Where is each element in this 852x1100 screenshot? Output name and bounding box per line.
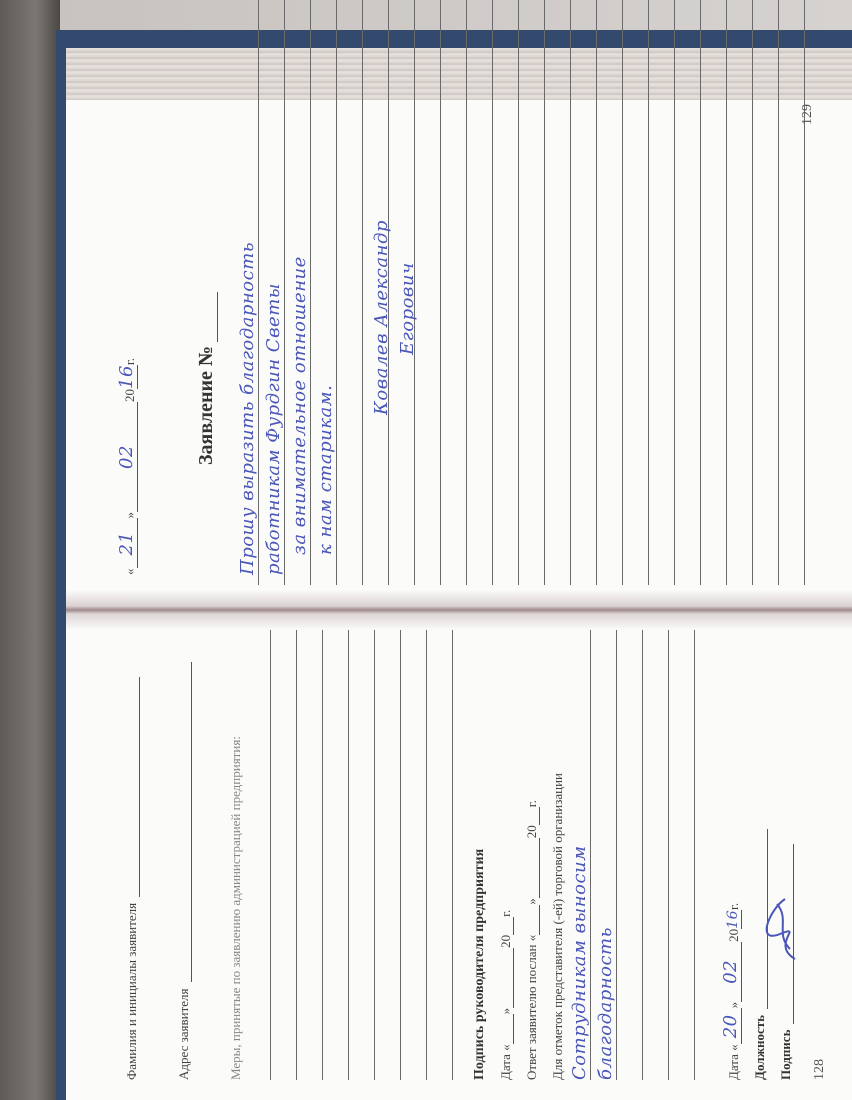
org-notes-line-1: Сотрудникам выносим — [570, 845, 590, 1080]
ruled-line — [270, 630, 271, 1080]
ruled-line — [374, 630, 375, 1080]
left-page: Фамилия и инициалы заявителя Адрес заяви… — [110, 630, 840, 1080]
page-number-left: 128 — [812, 1059, 828, 1080]
page-edges — [66, 48, 852, 103]
signature-label: Подпись — [778, 1030, 794, 1080]
ruled-line — [778, 0, 779, 585]
quote-open: « — [122, 569, 138, 576]
book-spine — [66, 590, 852, 630]
date-day: 20 — [720, 1008, 742, 1044]
ruled-line — [362, 0, 363, 585]
address-label: Адрес заявителя — [176, 988, 192, 1080]
date-year-unit: г. — [122, 358, 138, 365]
application-date: « 21 » 02 20 16 г. — [118, 358, 138, 575]
ruled-line — [674, 0, 675, 585]
body-line-3: за внимательное отношение — [290, 256, 310, 555]
measures-field: Меры, принятые по заявлению администраци… — [224, 736, 244, 1080]
date-month: 02 — [720, 942, 742, 1002]
date-filled: Дата « 20 » 02 20 16 г. — [722, 903, 742, 1080]
applicant-signature-name: Ковалев Александр — [372, 220, 392, 415]
ruled-line — [400, 630, 401, 1080]
year-prefix: 20 — [726, 929, 742, 942]
ruled-line — [440, 0, 441, 585]
year-unit: г. — [524, 800, 540, 807]
year-unit: г. — [498, 910, 514, 917]
surname-field: Фамилия и инициалы заявителя — [120, 677, 140, 1080]
reply-sent-date: Ответ заявителю послан « » 20 г. — [520, 800, 540, 1080]
quote-close: » — [726, 1002, 742, 1009]
date-label: Дата « — [726, 1044, 742, 1080]
date-day: 21 — [116, 519, 138, 569]
ruled-line — [258, 0, 259, 585]
ruled-line — [752, 0, 753, 585]
date-year-suffix: 16 — [725, 910, 742, 929]
ruled-line — [622, 0, 623, 585]
ruled-line — [700, 0, 701, 585]
date-year-prefix: 20 — [122, 389, 138, 402]
year-prefix: 20 — [524, 825, 540, 838]
ruled-line — [322, 630, 323, 1080]
application-title: Заявление № — [192, 292, 218, 465]
right-page: « 21 » 02 20 16 г. Заявление № Прошу выр… — [110, 115, 830, 585]
ruled-line — [336, 0, 337, 585]
date-month: 02 — [116, 402, 138, 512]
ruled-line — [804, 0, 805, 585]
quote-close: » — [524, 898, 540, 905]
ruled-line — [648, 0, 649, 585]
ruled-line — [452, 630, 453, 1080]
scanner-edge — [0, 0, 60, 1100]
manager-signature-label: Подпись руководителя предприятия — [468, 849, 488, 1080]
date-year-suffix: 16 — [116, 365, 138, 389]
applicant-signature-patronymic: Егорович — [398, 262, 418, 355]
ruled-line — [492, 0, 493, 585]
year-prefix: 20 — [498, 935, 514, 948]
measures-label: Меры, принятые по заявлению администраци… — [228, 736, 244, 1080]
date-blank: Дата « » 20 г. — [494, 910, 514, 1080]
ruled-line — [596, 0, 597, 585]
org-notes-label: Для отметок представителя (-ей) торговой… — [550, 773, 566, 1080]
signature-scribble-icon — [765, 894, 805, 964]
ruled-line — [518, 0, 519, 585]
ruled-line — [310, 0, 311, 585]
ruled-line — [296, 630, 297, 1080]
quote-close: » — [122, 512, 138, 519]
year-unit: г. — [726, 903, 742, 910]
ruled-line — [426, 630, 427, 1080]
ruled-line — [466, 0, 467, 585]
org-notes-label-row: Для отметок представителя (-ей) торговой… — [546, 773, 566, 1080]
body-line-1: Прошу выразить благодарность — [238, 242, 258, 575]
date-label: Дата « — [498, 1044, 514, 1080]
address-field: Адрес заявителя — [172, 662, 192, 1080]
body-line-2: работникам Фурдгин Светы — [264, 283, 284, 575]
body-line-4: к нам старикам. — [316, 385, 336, 555]
surname-label: Фамилия и инициалы заявителя — [124, 903, 140, 1080]
position-label: Должность — [752, 1015, 768, 1080]
quote-close: » — [498, 1008, 514, 1015]
ruled-line — [570, 0, 571, 585]
org-notes-line-2: благодарность — [596, 927, 616, 1080]
ruled-line — [726, 0, 727, 585]
ruled-line — [348, 630, 349, 1080]
signature-field: Подпись — [774, 844, 794, 1080]
ruled-line — [668, 630, 669, 1080]
ruled-line — [544, 0, 545, 585]
reply-label: Ответ заявителю послан « — [524, 935, 540, 1080]
ruled-line — [694, 630, 695, 1080]
page-number-right: 129 — [800, 104, 816, 125]
page-title: Заявление № — [195, 346, 218, 465]
ruled-line — [284, 0, 285, 585]
ruled-line — [642, 630, 643, 1080]
ruled-line — [590, 630, 591, 1080]
ruled-line — [616, 630, 617, 1080]
